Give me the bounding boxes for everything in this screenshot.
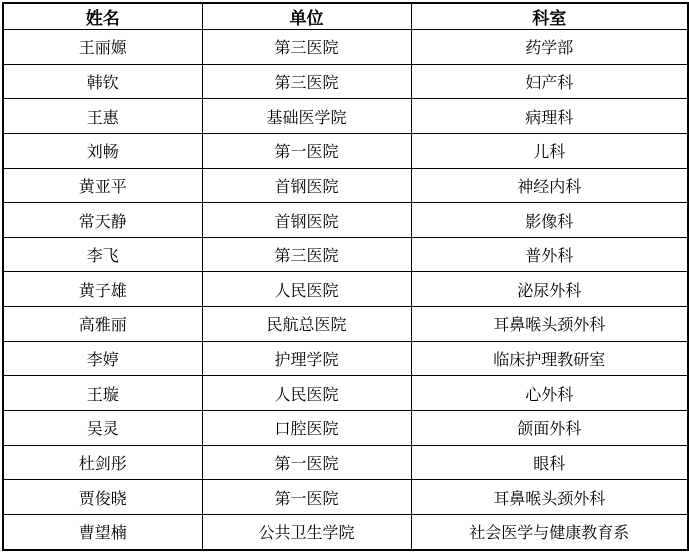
table-row: 李婷 护理学院 临床护理教研室 — [3, 341, 688, 376]
department-cell: 耳鼻喉头颈外科 — [411, 307, 688, 342]
name-cell: 杜剑彤 — [3, 445, 202, 480]
name-cell: 黄亚平 — [3, 168, 202, 203]
table-row: 高雅丽 民航总医院 耳鼻喉头颈外科 — [3, 307, 688, 342]
table-row: 常天静 首钢医院 影像科 — [3, 203, 688, 238]
table-row: 李飞 第三医院 普外科 — [3, 237, 688, 272]
table-row: 韩钦 第三医院 妇产科 — [3, 64, 688, 99]
table-row: 王惠 基础医学院 病理科 — [3, 99, 688, 134]
column-header-name: 姓名 — [3, 3, 202, 30]
table-row: 王璇 人民医院 心外科 — [3, 376, 688, 411]
header-row: 姓名 单位 科室 — [3, 3, 688, 30]
name-cell: 高雅丽 — [3, 307, 202, 342]
department-cell: 病理科 — [411, 99, 688, 134]
unit-cell: 基础医学院 — [202, 99, 411, 134]
table-row: 贾俊晓 第一医院 耳鼻喉头颈外科 — [3, 480, 688, 515]
department-cell: 儿科 — [411, 133, 688, 168]
unit-cell: 民航总医院 — [202, 307, 411, 342]
table-row: 吴灵 口腔医院 颌面外科 — [3, 411, 688, 446]
name-cell: 李飞 — [3, 237, 202, 272]
name-cell: 吴灵 — [3, 411, 202, 446]
department-cell: 心外科 — [411, 376, 688, 411]
department-cell: 神经内科 — [411, 168, 688, 203]
unit-cell: 第三医院 — [202, 237, 411, 272]
unit-cell: 首钢医院 — [202, 168, 411, 203]
name-cell: 黄子雄 — [3, 272, 202, 307]
unit-cell: 人民医院 — [202, 376, 411, 411]
department-cell: 颌面外科 — [411, 411, 688, 446]
table-row: 杜剑彤 第一医院 眼科 — [3, 445, 688, 480]
department-cell: 临床护理教研室 — [411, 341, 688, 376]
unit-cell: 人民医院 — [202, 272, 411, 307]
unit-cell: 公共卫生学院 — [202, 514, 411, 550]
department-cell: 影像科 — [411, 203, 688, 238]
unit-cell: 第三医院 — [202, 64, 411, 99]
name-cell: 李婷 — [3, 341, 202, 376]
name-cell: 常天静 — [3, 203, 202, 238]
column-header-department: 科室 — [411, 3, 688, 30]
name-cell: 王惠 — [3, 99, 202, 134]
department-cell: 普外科 — [411, 237, 688, 272]
column-header-unit: 单位 — [202, 3, 411, 30]
table-row: 王丽嫄 第三医院 药学部 — [3, 30, 688, 65]
department-cell: 眼科 — [411, 445, 688, 480]
unit-cell: 第一医院 — [202, 133, 411, 168]
department-cell: 耳鼻喉头颈外科 — [411, 480, 688, 515]
name-cell: 韩钦 — [3, 64, 202, 99]
unit-cell: 第一医院 — [202, 445, 411, 480]
table-row: 曹望楠 公共卫生学院 社会医学与健康教育系 — [3, 514, 688, 550]
name-cell: 王丽嫄 — [3, 30, 202, 65]
name-cell: 贾俊晓 — [3, 480, 202, 515]
unit-cell: 第一医院 — [202, 480, 411, 515]
unit-cell: 首钢医院 — [202, 203, 411, 238]
department-cell: 妇产科 — [411, 64, 688, 99]
table-row: 刘畅 第一医院 儿科 — [3, 133, 688, 168]
unit-cell: 护理学院 — [202, 341, 411, 376]
table-row: 黄亚平 首钢医院 神经内科 — [3, 168, 688, 203]
department-cell: 社会医学与健康教育系 — [411, 514, 688, 550]
name-cell: 刘畅 — [3, 133, 202, 168]
department-cell: 药学部 — [411, 30, 688, 65]
page: 姓名 单位 科室 王丽嫄 第三医院 药学部 韩钦 第三医院 妇产科 王惠 基础医… — [0, 0, 689, 553]
name-cell: 曹望楠 — [3, 514, 202, 550]
name-cell: 王璇 — [3, 376, 202, 411]
roster-table: 姓名 单位 科室 王丽嫄 第三医院 药学部 韩钦 第三医院 妇产科 王惠 基础医… — [2, 2, 689, 551]
department-cell: 泌尿外科 — [411, 272, 688, 307]
table-row: 黄子雄 人民医院 泌尿外科 — [3, 272, 688, 307]
unit-cell: 第三医院 — [202, 30, 411, 65]
unit-cell: 口腔医院 — [202, 411, 411, 446]
